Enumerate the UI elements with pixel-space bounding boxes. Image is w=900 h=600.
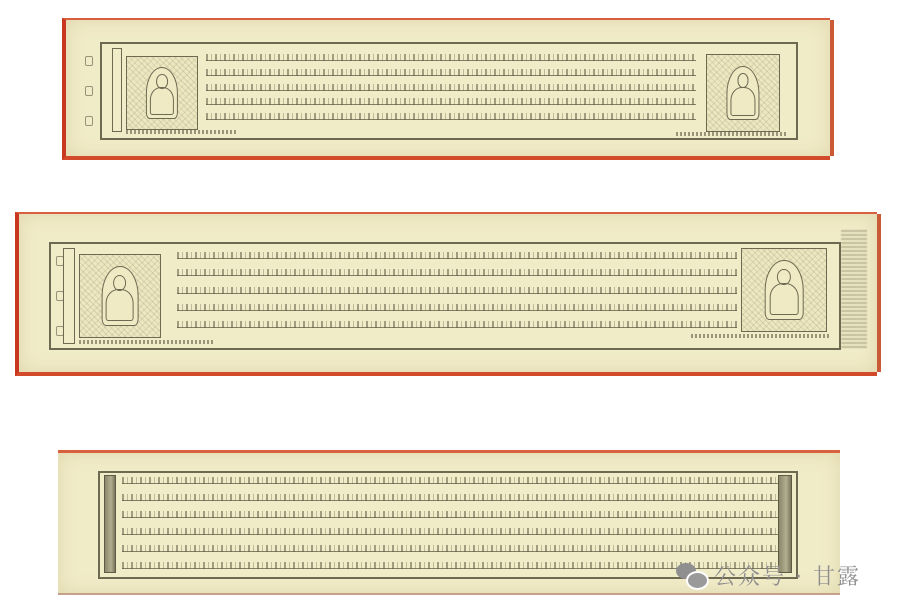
wechat-icon [676, 563, 706, 589]
folio-edge [877, 214, 881, 372]
margin-bar-right [778, 475, 792, 573]
lama-illustration-right [741, 248, 827, 332]
margin-folio-number [84, 56, 94, 126]
tibetan-text-block [122, 477, 778, 569]
buddha-illustration-left [126, 56, 198, 130]
tibetan-text-block [177, 252, 737, 328]
caption-right [676, 132, 788, 136]
caption-right [691, 334, 831, 338]
watermark: 公众号 · 甘露 [676, 560, 861, 591]
buddha-illustration-right [706, 54, 780, 132]
margin-bar-left [104, 475, 116, 573]
watermark-label: 公众号 · 甘露 [714, 560, 861, 591]
caption-left [79, 340, 215, 344]
caption-left [126, 130, 236, 134]
page-edge-shadow [841, 228, 867, 348]
tibetan-text-block [206, 54, 696, 120]
folio-top [62, 18, 830, 160]
margin-column [63, 248, 75, 344]
margin-column [112, 48, 122, 132]
deity-illustration-left [79, 254, 161, 338]
folio-middle [15, 212, 877, 376]
folio-edge [830, 20, 834, 156]
